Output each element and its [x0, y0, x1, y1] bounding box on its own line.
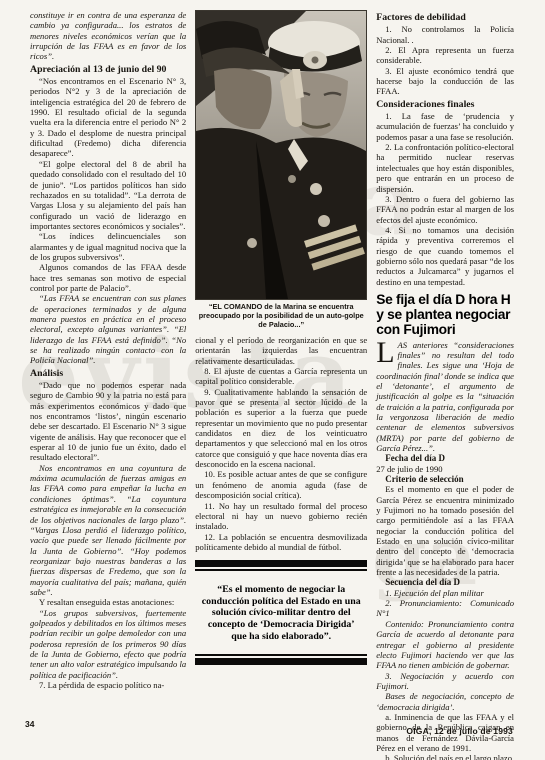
- paragraph: “Dado que no podemos esperar nada seguro…: [30, 380, 186, 463]
- paragraph: 12. La población se encuentra desmoviliz…: [195, 532, 367, 553]
- paragraph: “Los grupos subversivos, fuertemente gol…: [30, 608, 186, 680]
- paragraph: Bases de negociación, concepto de ‘democ…: [376, 691, 514, 712]
- pull-quote-bottom-rule: [195, 654, 367, 665]
- section-heading: Consideraciones finales: [376, 100, 514, 110]
- paragraph: constituye ir en contra de una esperanza…: [30, 10, 186, 62]
- paragraph: “Las FFAA se encuentran con sus planes d…: [30, 293, 186, 365]
- paragraph: Es el momento en que el poder de García …: [376, 484, 514, 577]
- pull-quote-text: “Es el momento de negociar la conducción…: [201, 584, 361, 642]
- paragraph: Y resaltan enseguida estas anotaciones:: [30, 597, 186, 607]
- photo-image: [195, 10, 367, 300]
- column-right: Factores de debilidad1. No controlamos l…: [376, 10, 514, 760]
- sub-heading: Fecha del día D: [376, 453, 514, 463]
- page-number: 34: [25, 719, 34, 729]
- paragraph: b. Solución del país en el largo plazo: [376, 753, 514, 760]
- column-middle: “EL COMANDO de la Marina se encuentra pr…: [195, 10, 367, 760]
- article-title: Se fija el día D hora H y se plantea neg…: [376, 292, 514, 338]
- section-heading: Factores de debilidad: [376, 13, 514, 23]
- paragraph: 3. Negociación y acuerdo con Fujimori.: [376, 671, 514, 692]
- paragraph: Algunos comandos de las FFAA desde hace …: [30, 262, 186, 293]
- paragraph: 1. No controlamos la Policía Nacional. .: [376, 24, 514, 45]
- paragraph: “Nos encontramos en el Escenario N° 3, p…: [30, 76, 186, 159]
- pull-quote-top-rule: [195, 560, 367, 571]
- pull-quote-block: “Es el momento de negociar la conducción…: [195, 560, 367, 665]
- section-heading: Apreciación al 13 de junio del 90: [30, 65, 186, 75]
- sub-heading: Secuencia del día D: [376, 577, 514, 587]
- article-columns: constituye ir en contra de una esperanza…: [30, 10, 514, 760]
- middle-column-text: cional y el período de reorganización en…: [195, 335, 367, 552]
- section-heading: Análisis: [30, 369, 186, 379]
- paragraph: 1. Ejecución del plan militar: [376, 588, 514, 598]
- photo-caption: “EL COMANDO de la Marina se encuentra pr…: [197, 302, 365, 329]
- paragraph: 10. Es posible actuar antes de que se co…: [195, 469, 367, 500]
- paragraph: 3. El ajuste económico tendrá que hacers…: [376, 66, 514, 97]
- paragraph: 9. Cualitativamente hablando la sensació…: [195, 387, 367, 470]
- paragraph: 2. El Apra representa un fuerza consider…: [376, 45, 514, 66]
- paragraph: 4. Si no tomamos una decisión rápida y p…: [376, 225, 514, 287]
- paragraph: 8. El ajuste de cuentas a García represe…: [195, 366, 367, 387]
- magazine-page: evista ga a constituye ir en contra de u…: [0, 0, 545, 760]
- sub-heading: Criterio de selección: [376, 474, 514, 484]
- paragraph: 27 de julio de 1990: [376, 464, 514, 474]
- magazine-name-date: OIGA, 12 de julio de 1993: [406, 726, 513, 736]
- paragraph: 3. Dentro o fuera del gobierno las FFAA …: [376, 194, 514, 225]
- paragraph: “Los índices delincuenciales son alarman…: [30, 231, 186, 262]
- paragraph: 2. Pronunciamiento: Comunicado N°1: [376, 598, 514, 619]
- paragraph: “El golpe electoral del 8 de abril ha qu…: [30, 159, 186, 231]
- photo-navy-officers: [195, 10, 367, 300]
- paragraph: Nos encontramos en una coyuntura de máxi…: [30, 463, 186, 597]
- paragraph: 7. La pérdida de espacio político na-: [30, 680, 186, 690]
- column-left: constituye ir en contra de una esperanza…: [30, 10, 186, 760]
- paragraph: cional y el período de reorganización en…: [195, 335, 367, 366]
- paragraph: 1. La fase de ‘prudencia y acumulación d…: [376, 111, 514, 142]
- paragraph: Contenido: Pronunciamiento contra García…: [376, 619, 514, 671]
- paragraph: 2. La confrontación político-electoral h…: [376, 142, 514, 194]
- paragraph: 11. No hay un resultado formal del proce…: [195, 501, 367, 532]
- drop-cap-paragraph: LAS anteriores “consideraciones finales”…: [376, 340, 514, 454]
